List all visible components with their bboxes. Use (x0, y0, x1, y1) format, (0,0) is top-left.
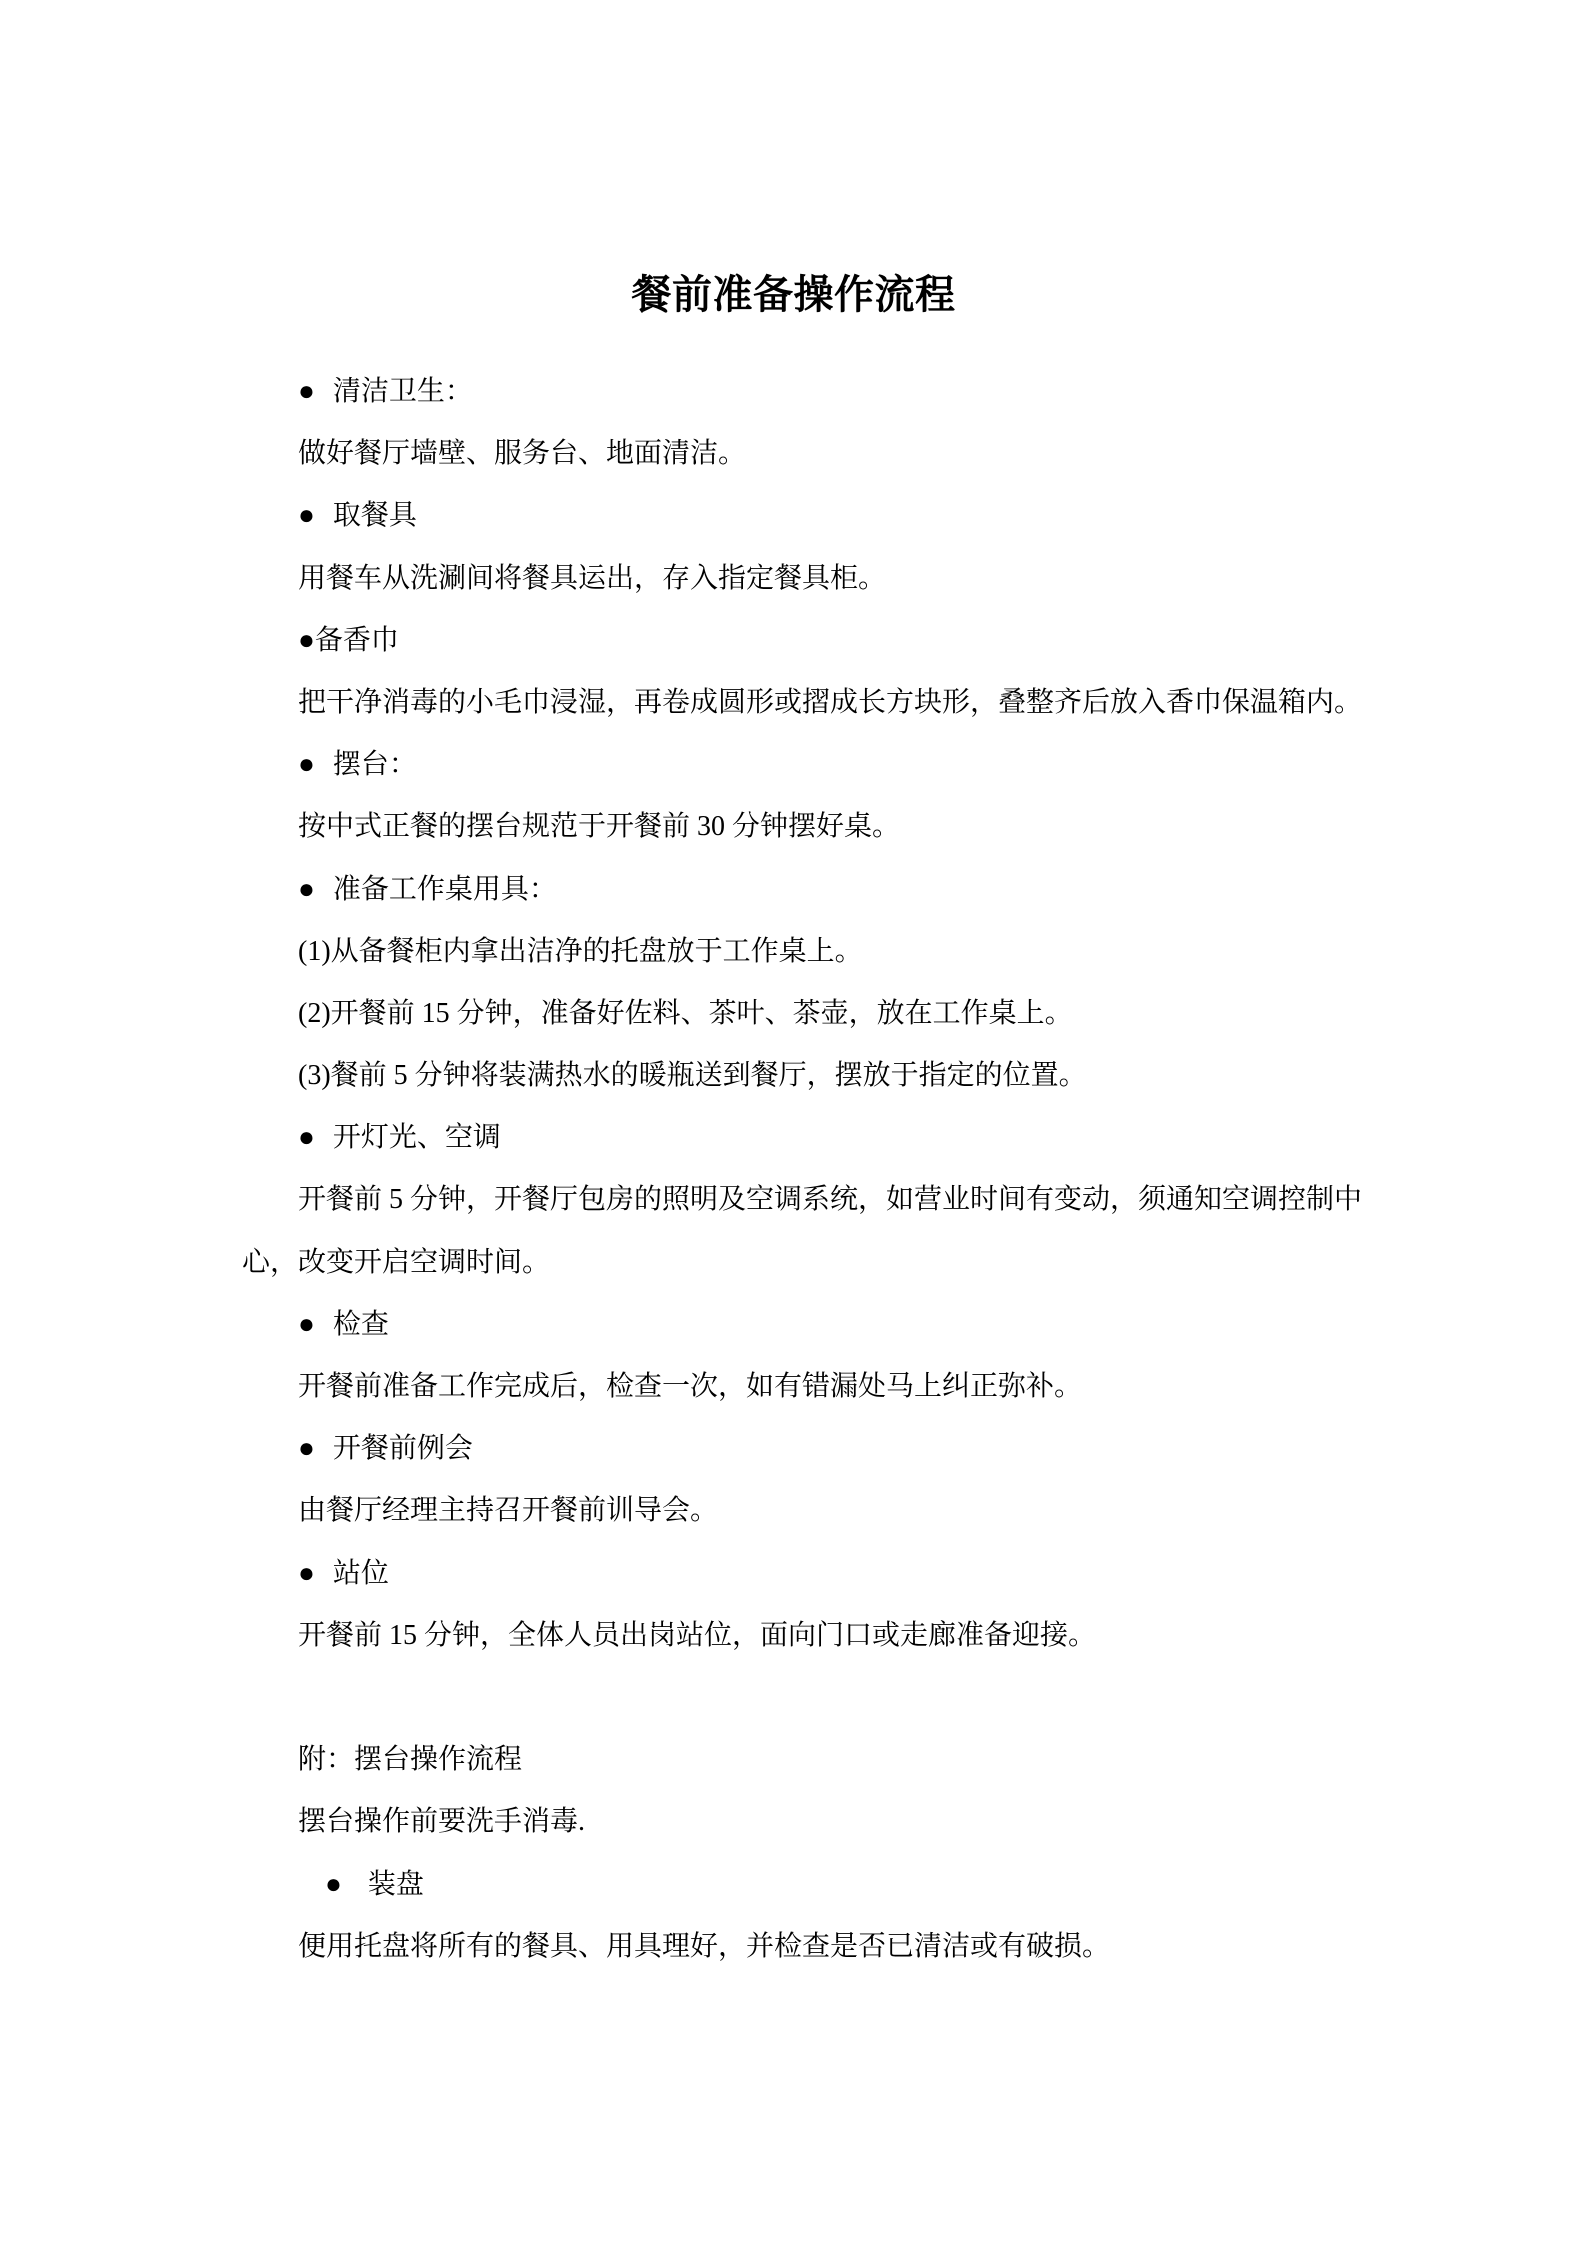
bullet-icon: ● (298, 1107, 315, 1169)
para-text: 由餐厅经理主持召开餐前训导会。 (298, 1495, 718, 1526)
para-text: 开餐前 15 分钟，全体人员出岗站位，面向门口或走廊准备迎接。 (298, 1620, 1096, 1651)
bullet-icon: ● (325, 1854, 342, 1916)
document-page: 餐前准备操作流程 ●清洁卫生： 做好餐厅墙壁、服务台、地面清洁。 ●取餐具 用餐… (0, 0, 1587, 2245)
para-wash-hands: 摆台操作前要洗手消毒. (242, 1791, 1372, 1853)
bullet-prepare-towels: ●备香巾 (242, 610, 1372, 672)
para-plate-loading-desc: 便用托盘将所有的餐具、用具理好，并检查是否已清洁或有破损。 (242, 1916, 1372, 1978)
bullet-pre-meal-meeting: ●开餐前例会 (242, 1418, 1372, 1480)
para-lights-aircon-line-2: 心，改变开启空调时间。 (242, 1232, 1372, 1294)
doc-body: ●清洁卫生： 做好餐厅墙壁、服务台、地面清洁。 ●取餐具 用餐车从洗涮间将餐具运… (242, 361, 1372, 1978)
bullet-prepare-worktable: ●准备工作桌用具： (242, 859, 1372, 921)
bullet-label: 准备工作桌用具： (333, 874, 557, 905)
bullet-cleaning-hygiene: ●清洁卫生： (242, 361, 1372, 423)
para-text: 摆台操作前要洗手消毒. (298, 1806, 585, 1837)
para-pre-meal-meeting-desc: 由餐厅经理主持召开餐前训导会。 (242, 1480, 1372, 1542)
bullet-label: 站位 (333, 1558, 389, 1589)
bullet-icon: ● (298, 485, 315, 547)
bullet-icon: ● (298, 1418, 315, 1480)
para-text: (2)开餐前 15 分钟，准备好佐料、茶叶、茶壶，放在工作桌上。 (298, 998, 1073, 1029)
appendix-heading: 附：摆台操作流程 (242, 1729, 1372, 1791)
bullet-icon: ● (298, 859, 315, 921)
bullet-plate-loading: ●装盘 (242, 1854, 1372, 1916)
para-get-tableware-desc: 用餐车从洗涮间将餐具运出，存入指定餐具柜。 (242, 548, 1372, 610)
para-text: 心，改变开启空调时间。 (242, 1247, 550, 1278)
para-text: 附：摆台操作流程 (298, 1744, 522, 1775)
bullet-get-tableware: ●取餐具 (242, 485, 1372, 547)
bullet-lights-aircon: ●开灯光、空调 (242, 1107, 1372, 1169)
bullet-label: 检查 (333, 1309, 389, 1340)
para-text: 用餐车从洗涮间将餐具运出，存入指定餐具柜。 (298, 563, 886, 594)
bullet-inspection: ●检查 (242, 1294, 1372, 1356)
bullet-label: 备香巾 (315, 625, 399, 656)
para-cleaning-desc: 做好餐厅墙壁、服务台、地面清洁。 (242, 423, 1372, 485)
para-text: 做好餐厅墙壁、服务台、地面清洁。 (298, 438, 746, 469)
bullet-label: 取餐具 (333, 500, 417, 531)
bullet-icon: ● (298, 361, 315, 423)
para-lights-aircon-line-1: 开餐前 5 分钟，开餐厅包房的照明及空调系统，如营业时间有变动，须通知空调控制中 (242, 1169, 1372, 1231)
bullet-label: 开餐前例会 (333, 1433, 473, 1464)
para-text: 把干净消毒的小毛巾浸湿，再卷成圆形或摺成长方块形，叠整齐后放入香巾保温箱内。 (298, 687, 1362, 718)
para-text: (3)餐前 5 分钟将装满热水的暖瓶送到餐厅，摆放于指定的位置。 (298, 1060, 1087, 1091)
para-worktable-step-2: (2)开餐前 15 分钟，准备好佐料、茶叶、茶壶，放在工作桌上。 (242, 983, 1372, 1045)
para-text: 开餐前准备工作完成后，检查一次，如有错漏处马上纠正弥补。 (298, 1371, 1082, 1402)
bullet-icon: ● (298, 1543, 315, 1605)
bullet-icon: ● (298, 734, 315, 796)
doc-title: 餐前准备操作流程 (0, 271, 1587, 319)
para-inspection-desc: 开餐前准备工作完成后，检查一次，如有错漏处马上纠正弥补。 (242, 1356, 1372, 1418)
para-worktable-step-1: (1)从备餐柜内拿出洁净的托盘放于工作桌上。 (242, 921, 1372, 983)
bullet-standing-position: ●站位 (242, 1543, 1372, 1605)
para-text: 按中式正餐的摆台规范于开餐前 30 分钟摆好桌。 (298, 811, 900, 842)
bullet-label: 开灯光、空调 (333, 1122, 501, 1153)
bullet-icon: ● (298, 1294, 315, 1356)
para-worktable-step-3: (3)餐前 5 分钟将装满热水的暖瓶送到餐厅，摆放于指定的位置。 (242, 1045, 1372, 1107)
para-text: 便用托盘将所有的餐具、用具理好，并检查是否已清洁或有破损。 (298, 1931, 1110, 1962)
para-standing-position-desc: 开餐前 15 分钟，全体人员出岗站位，面向门口或走廊准备迎接。 (242, 1605, 1372, 1667)
para-prepare-towels-desc: 把干净消毒的小毛巾浸湿，再卷成圆形或摺成长方块形，叠整齐后放入香巾保温箱内。 (242, 672, 1372, 734)
bullet-label: 摆台： (333, 749, 417, 780)
bullet-label: 清洁卫生： (333, 376, 473, 407)
para-text: (1)从备餐柜内拿出洁净的托盘放于工作桌上。 (298, 936, 863, 967)
bullet-table-setting: ●摆台： (242, 734, 1372, 796)
para-text: 开餐前 5 分钟，开餐厅包房的照明及空调系统，如营业时间有变动，须通知空调控制中 (298, 1184, 1362, 1215)
bullet-icon: ● (298, 610, 315, 672)
blank-line (242, 1667, 1372, 1729)
para-table-setting-desc: 按中式正餐的摆台规范于开餐前 30 分钟摆好桌。 (242, 796, 1372, 858)
bullet-label: 装盘 (368, 1869, 424, 1900)
